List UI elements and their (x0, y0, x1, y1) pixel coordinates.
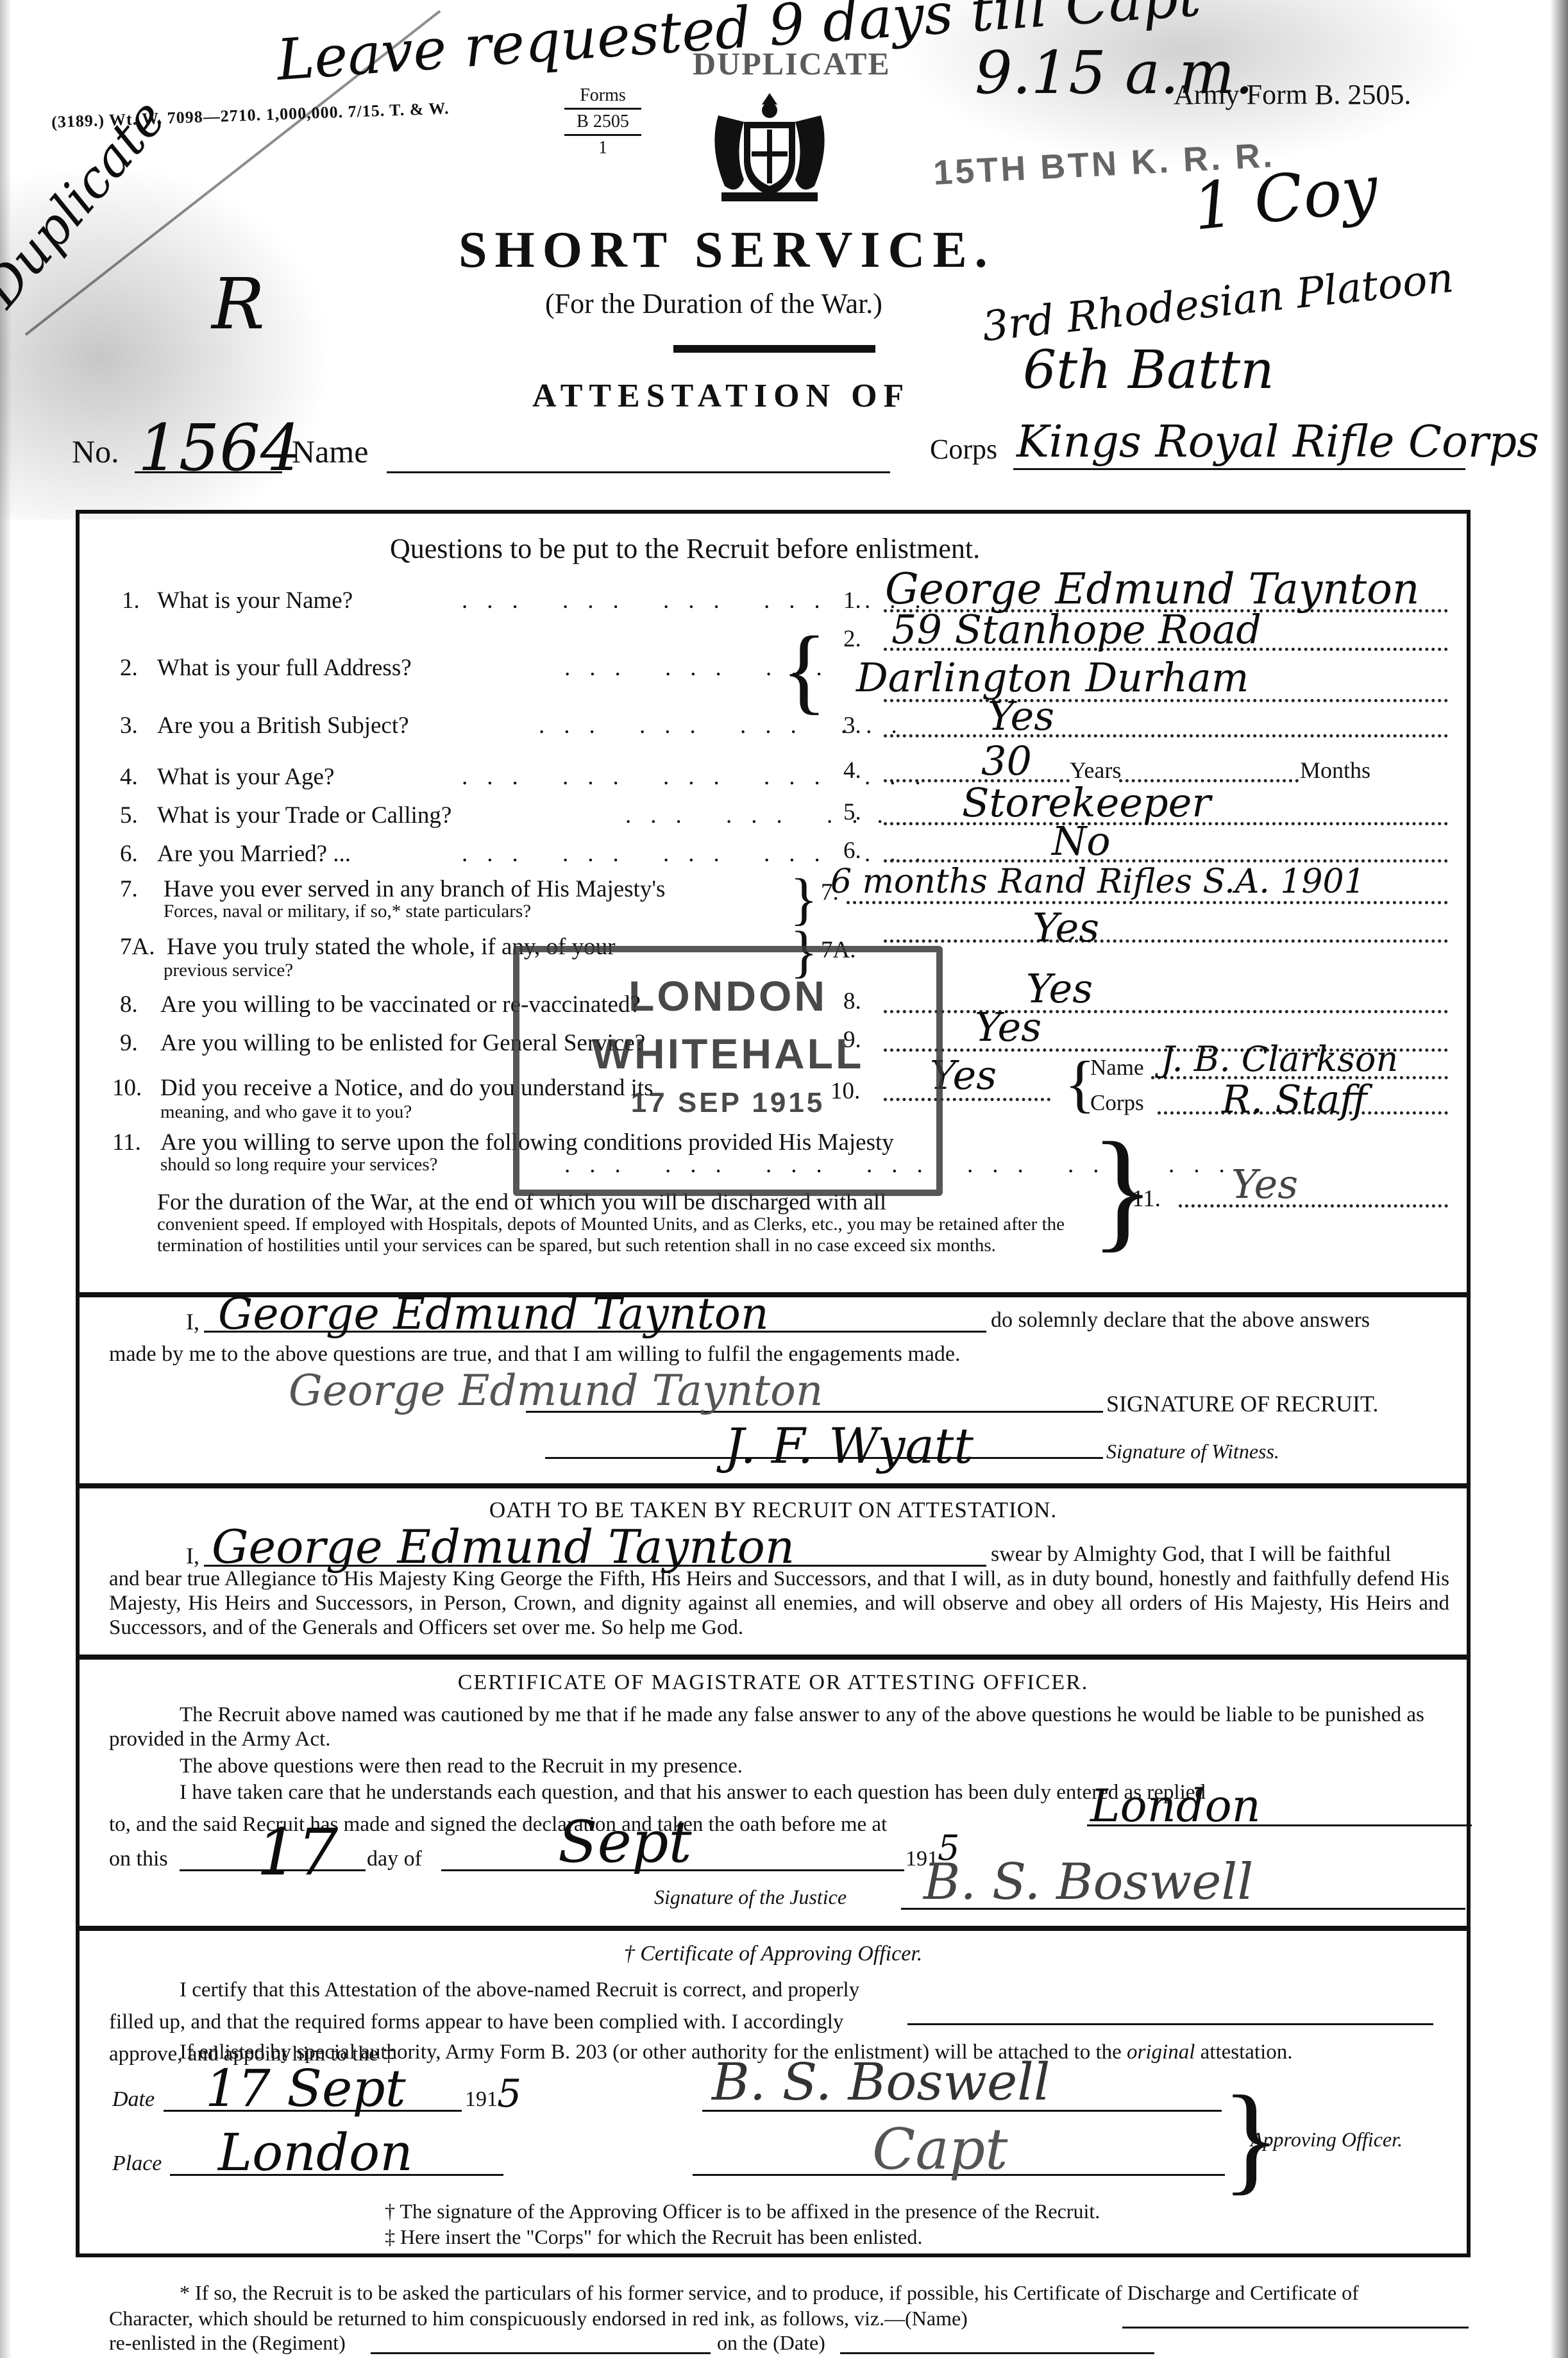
q3-number: 3. (120, 712, 138, 739)
footnote-name-line (1122, 2327, 1469, 2329)
q1-number: 1. (122, 587, 140, 614)
a2-number: 2. (843, 625, 861, 653)
declaration-text-2: made by me to the above questions are tr… (109, 1342, 961, 1367)
name-underline (387, 471, 890, 473)
approving-year-prefix: 191 (465, 2087, 498, 2112)
forms-code: B 2505 (564, 111, 641, 133)
q6-text: Are you Married? ... (157, 840, 351, 868)
q2-number: 2. (120, 654, 138, 682)
notice-name-label: Name (1090, 1055, 1144, 1081)
approving-p2-end: attestation. (1201, 2041, 1293, 2064)
witness-signature: J. F. Wyatt (725, 1417, 974, 1474)
a1-number: 1. (843, 587, 861, 614)
approving-place-label: Place (112, 2152, 162, 2176)
conditions-body: convenient speed. If employed with Hospi… (157, 1214, 1087, 1256)
regimental-number: 1564 (138, 410, 301, 485)
a7-line (847, 901, 1448, 904)
a9-answer: Yes (975, 1004, 1041, 1050)
handwritten-platoon: 3rd Rhodesian Platoon (980, 255, 1456, 351)
approving-p2-italic: original (1127, 2041, 1195, 2064)
q3-text: Are you a British Subject? (157, 712, 409, 739)
army-form-number: Army Form B. 2505. (1174, 78, 1411, 111)
forms-reference: Forms B 2505 1 (564, 85, 641, 159)
oath-text-1: swear by Almighty God, that I will be fa… (991, 1542, 1391, 1567)
q7a-number: 7A. (120, 933, 155, 961)
handwritten-margin-letter: R (212, 263, 265, 345)
footnote-regiment-label: re-enlisted in the (Regiment) (109, 2331, 346, 2355)
a6-answer: No (1052, 818, 1111, 864)
approving-heading: † Certificate of Approving Officer. (76, 1942, 1471, 1966)
notice-corps-label: Corps (1090, 1090, 1144, 1116)
magistrate-p1: The Recruit above named was cautioned by… (109, 1703, 1449, 1751)
q4-leader-dots: ... ... ... ... ... (462, 763, 940, 791)
royal-coat-of-arms-icon (705, 90, 834, 205)
q9-number: 9. (120, 1029, 138, 1057)
q11-number: 11. (112, 1129, 141, 1156)
stamp-line-london: LONDON (519, 972, 936, 1020)
recruit-signature-label: SIGNATURE OF RECRUIT. (1106, 1390, 1378, 1417)
duplicate-stamp: DUPLICATE (693, 45, 891, 82)
footnote-date-line (840, 2352, 1154, 2354)
q7-number: 7. (120, 875, 138, 903)
forms-sub: 1 (564, 137, 641, 159)
q11-subtext: should so long require your services? (160, 1154, 437, 1175)
magistrate-divider (76, 1655, 1471, 1660)
oath-prefix: I, (186, 1542, 199, 1569)
magistrate-heading: CERTIFICATE OF MAGISTRATE OR ATTESTING O… (76, 1671, 1471, 1695)
q1-text: What is your Name? (157, 587, 353, 614)
oath-text-2: and bear true Allegiance to His Majesty … (109, 1567, 1449, 1640)
a3-line (884, 734, 1448, 737)
a6-number: 6. (843, 837, 861, 864)
forms-label: Forms (564, 85, 641, 106)
q4-text: What is your Age? (157, 763, 334, 791)
approving-date: 17 Sept (205, 2059, 406, 2118)
q7a-subtext: previous service? (164, 960, 293, 981)
approving-corps-line (907, 2023, 1433, 2025)
approving-divider (76, 1926, 1471, 1931)
oath-divider (76, 1483, 1471, 1488)
london-whitehall-stamp: LONDON WHITEHALL 17 SEP 1915 (513, 946, 943, 1196)
a4-months-label: Months (1300, 757, 1370, 784)
officer-signature: B. S. Boswell (712, 2052, 1050, 2112)
footnote-regiment-line (371, 2352, 711, 2354)
a11-line (1179, 1204, 1448, 1208)
declaration-prefix: I, (186, 1308, 199, 1335)
justice-signature: B. S. Boswell (923, 1853, 1253, 1911)
a4-answer: 30 (981, 737, 1032, 784)
a2-answer-line1: 59 Stanhope Road (891, 606, 1261, 653)
recruit-signature: George Edmund Taynton (289, 1366, 823, 1415)
q10-subtext: meaning, and who gave it to you? (160, 1102, 412, 1123)
oath-recruit-name: George Edmund Taynton (212, 1520, 795, 1574)
scan-edge-left (0, 0, 12, 2358)
oath-heading: OATH TO BE TAKEN BY RECRUIT ON ATTESTATI… (76, 1497, 1471, 1523)
questions-heading: Questions to be put to the Recruit befor… (390, 532, 980, 565)
notice-corps-value: R. Staff (1222, 1077, 1367, 1122)
form-subtitle: (For the Duration of the War.) (545, 287, 882, 320)
form-title: SHORT SERVICE. (459, 221, 995, 280)
a8-line (884, 1010, 1448, 1013)
q5-text: What is your Trade or Calling? (157, 802, 451, 829)
corps-underline (1013, 468, 1465, 470)
notice-name-value: J. B. Clarkson (1161, 1039, 1398, 1079)
witness-signature-label: Signature of Witness. (1106, 1440, 1279, 1463)
a11-answer: Yes (1231, 1161, 1298, 1208)
number-label: No. (72, 433, 119, 470)
officer-rank: Capt (872, 2116, 1008, 2182)
attest-month: Sept (558, 1808, 692, 1876)
footnote-date-label: on the (Date) (717, 2331, 825, 2355)
q10-number: 10. (112, 1074, 142, 1102)
approving-place: London (218, 2123, 413, 2182)
a7-answer: 6 months Rand Rifles S.A. 1901 (830, 863, 1365, 901)
a3-answer: Yes (988, 693, 1054, 739)
declaration-recruit-name: George Edmund Taynton (218, 1289, 769, 1340)
a5-number: 5. (843, 798, 861, 826)
corps-value: Kings Royal Rifle Corps (1016, 417, 1539, 467)
q5-number: 5. (120, 802, 138, 829)
name-label: Name (292, 433, 368, 470)
a4-number: 4. (843, 757, 861, 784)
a3-number: 3. (843, 712, 861, 739)
a11-number: 11. (1132, 1185, 1161, 1213)
q7-text: Have you ever served in any branch of Hi… (164, 875, 665, 903)
note-double-dagger: ‡ Here insert the "Corps" for which the … (385, 2225, 922, 2249)
scan-edge-right (1550, 0, 1568, 2358)
q1-leader-dots: ... ... ... ... ... (462, 587, 940, 614)
q2-text: What is your full Address? (157, 654, 412, 682)
approving-year-suffix: 5 (497, 2071, 521, 2116)
declaration-text-1: do solemnly declare that the above answe… (991, 1308, 1370, 1333)
handwritten-battalion: 6th Battn (1023, 340, 1274, 401)
stamp-line-date: 17 SEP 1915 (519, 1087, 936, 1119)
corps-label: Corps (930, 433, 997, 466)
note-dagger: † The signature of the Approving Officer… (385, 2200, 1100, 2223)
attest-day: 17 (257, 1815, 338, 1890)
footnote-text: * If so, the Recruit is to be asked the … (109, 2280, 1379, 2331)
attest-place: London (1090, 1780, 1261, 1832)
title-divider (673, 345, 875, 353)
on-this-label: on this (109, 1847, 168, 1871)
approving-officer-label: Approving Officer. (1251, 2128, 1403, 2152)
q4-number: 4. (120, 763, 138, 791)
day-of-label: day of (367, 1847, 422, 1871)
attestation-heading: ATTESTATION OF (532, 377, 910, 415)
q2-brace: { (781, 622, 827, 718)
approving-date-label: Date (112, 2087, 155, 2112)
a7a-line (884, 939, 1448, 943)
a7a-answer: Yes (1033, 904, 1099, 951)
q6-number: 6. (120, 840, 138, 868)
attestation-form-scan: Leave requested 9 days till Capt 9.15 a.… (0, 0, 1568, 2358)
justice-signature-label: Signature of the Justice (654, 1885, 847, 1909)
stamp-line-whitehall: WHITEHALL (519, 1029, 936, 1078)
q7-subtext: Forces, naval or military, if so,* state… (164, 901, 531, 922)
q8-number: 8. (120, 991, 138, 1018)
